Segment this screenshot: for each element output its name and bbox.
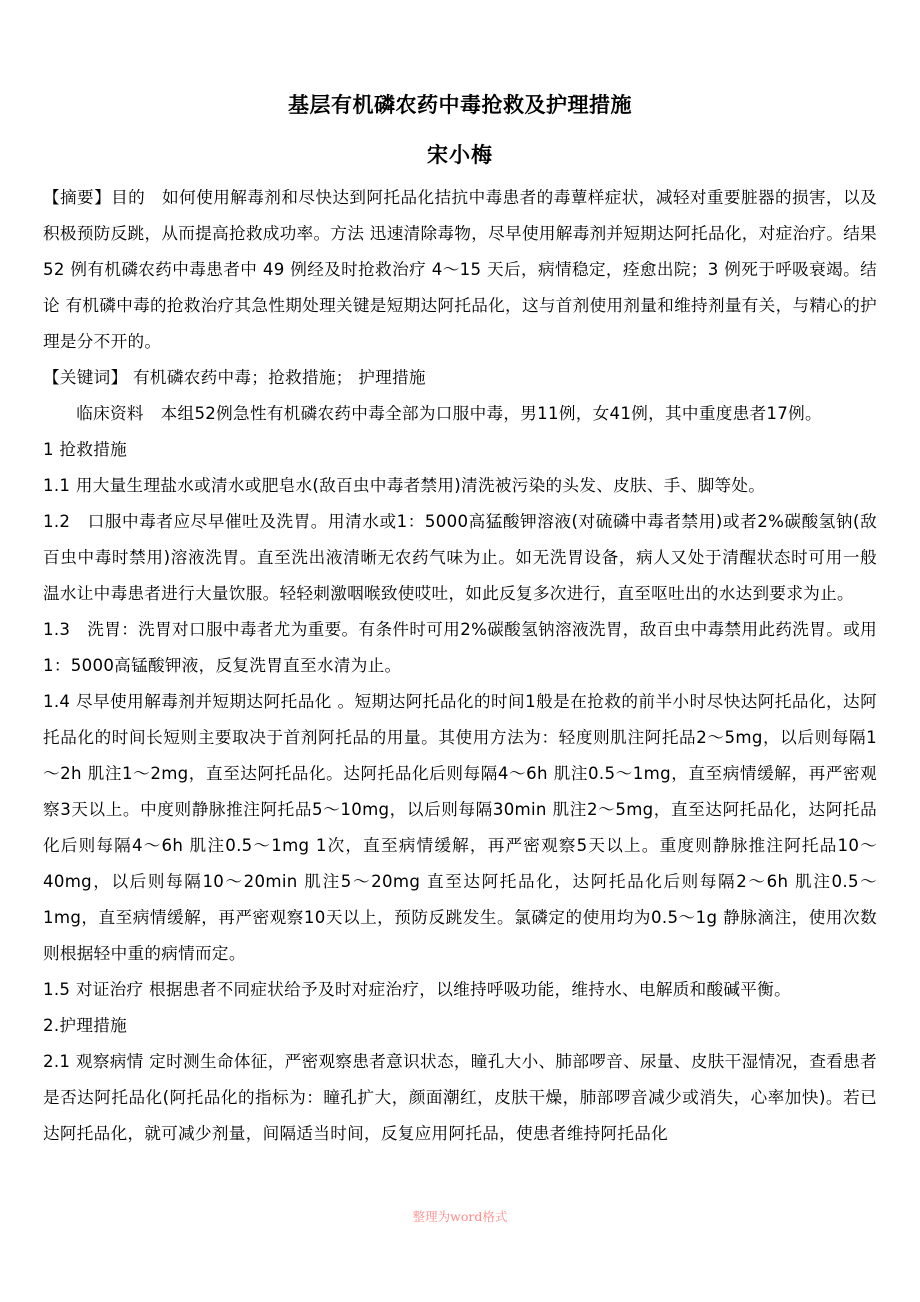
section1-item-1-5: 1.5 对证治疗 根据患者不同症状给予及时对症治疗，以维持呼吸功能，维持水、电解… [43,972,877,1008]
section1-item-1-2: 1.2 口服中毒者应尽早催吐及洗胃。用清水或1：5000高猛酸钾溶液(对硫磷中毒… [43,504,877,612]
footer-watermark: 整理为word格式 [0,1207,920,1225]
section2-item-2-1: 2.1 观察病情 定时测生命体征，严密观察患者意识状态，瞳孔大小、肺部啰音、尿量… [43,1044,877,1152]
clinical-data-paragraph: 临床资料 本组52例急性有机磷农药中毒全部为口服中毒，男11例，女41例，其中重… [43,396,877,432]
section1-item-1-4: 1.4 尽早使用解毒剂并短期达阿托品化 。短期达阿托品化的时间1般是在抢救的前半… [43,684,877,972]
document-body: 【摘要】目的 如何使用解毒剂和尽快达到阿托品化拮抗中毒患者的毒蕈样症状，减轻对重… [43,180,877,1152]
section1-heading: 1 抢救措施 [43,432,877,468]
abstract-paragraph: 【摘要】目的 如何使用解毒剂和尽快达到阿托品化拮抗中毒患者的毒蕈样症状，减轻对重… [43,180,877,360]
section1-item-1-1: 1.1 用大量生理盐水或清水或肥皂水(敌百虫中毒者禁用)清洗被污染的头发、皮肤、… [43,468,877,504]
document-author: 宋小梅 [43,140,877,170]
section1-item-1-3: 1.3 洗胃：洗胃对口服中毒者尤为重要。有条件时可用2%碳酸氢钠溶液洗胃，敌百虫… [43,612,877,684]
abstract-text: 目的 如何使用解毒剂和尽快达到阿托品化拮抗中毒患者的毒蕈样症状，减轻对重要脏器的… [43,188,877,351]
keywords-label: 【关键词】 [43,368,127,387]
keywords-text: 有机磷农药中毒；抢救措施； 护理措施 [127,368,425,387]
section2-heading: 2.护理措施 [43,1008,877,1044]
keywords-paragraph: 【关键词】 有机磷农药中毒；抢救措施； 护理措施 [43,360,877,396]
document-title: 基层有机磷农药中毒抢救及护理措施 [43,90,877,120]
abstract-label: 【摘要】 [43,188,111,207]
